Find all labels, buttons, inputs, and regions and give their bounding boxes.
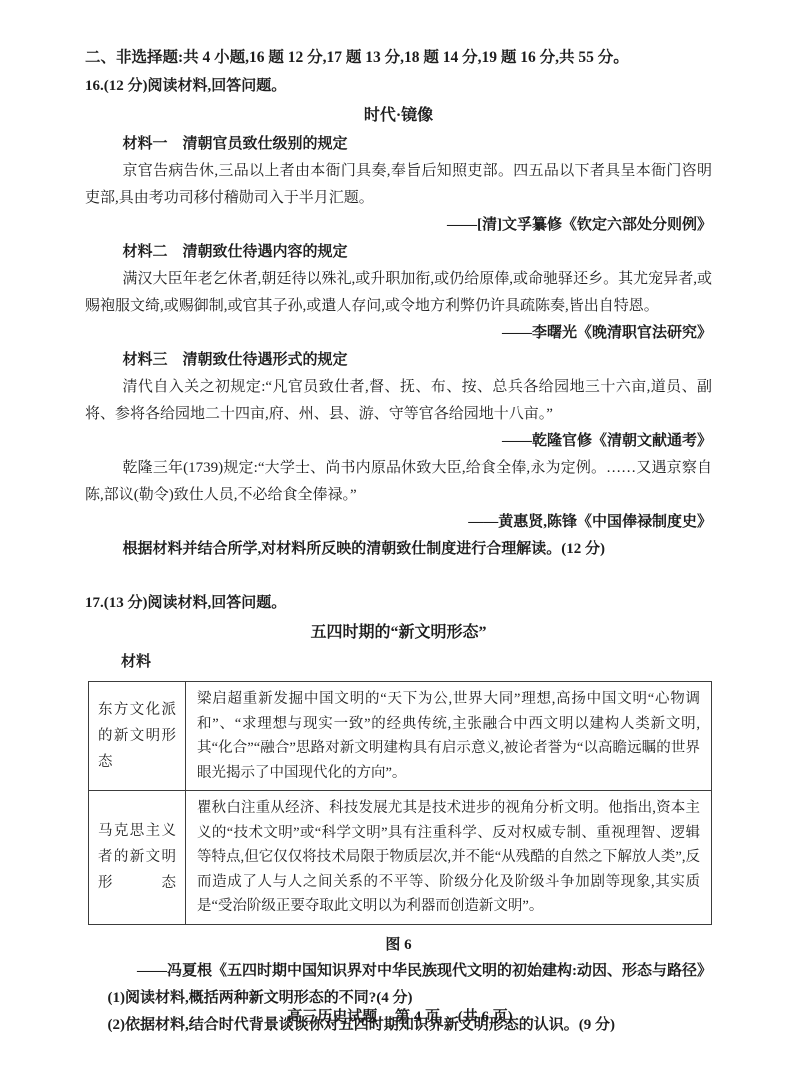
material-citation: ——黄惠贤,陈锋《中国俸禄制度史》 <box>85 509 712 536</box>
q16-title: 时代·镜像 <box>85 101 712 130</box>
material-paragraph: 清代自入关之初规定:“凡官员致仕者,督、抚、布、按、总兵各给园地三十六亩,道员、… <box>85 374 712 428</box>
material-citation: ——李曙光《晚清职官法研究》 <box>85 320 712 347</box>
section-header: 二、非选择题:共 4 小题,16 题 12 分,17 题 13 分,18 题 1… <box>85 44 712 72</box>
table-row: 马克思主义者的新文明形态 瞿秋白注重从经济、科技发展尤其是技术进步的视角分析文明… <box>89 791 712 925</box>
material-paragraph: 满汉大臣年老乞休者,朝廷待以殊礼,或升职加衔,或仍给原俸,或命驰驿还乡。其尤宠异… <box>85 266 712 320</box>
material-heading: 材料三 清朝致仕待遇形式的规定 <box>85 347 712 374</box>
q16-stem: 16.(12 分)阅读材料,回答问题。 <box>85 72 712 100</box>
table-row-label: 东方文化派的新文明形态 <box>89 682 186 791</box>
figure-caption: 图 6 <box>85 932 712 958</box>
q16-material-block: 乾隆三年(1739)规定:“大学士、尚书内原品休致大臣,给食全俸,永为定例。……… <box>85 455 712 536</box>
table-row-content: 瞿秋白注重从经济、科技发展尤其是技术进步的视角分析文明。他指出,资本主义的“技术… <box>186 791 712 925</box>
material-heading: 材料二 清朝致仕待遇内容的规定 <box>85 239 712 266</box>
page-content: 二、非选择题:共 4 小题,16 题 12 分,17 题 13 分,18 题 1… <box>0 0 800 1039</box>
footer-page-total: (共 6 页) <box>458 1009 513 1025</box>
exam-page: 二、非选择题:共 4 小题,16 题 12 分,17 题 13 分,18 题 1… <box>0 0 800 1082</box>
q17-stem: 17.(13 分)阅读材料,回答问题。 <box>85 589 712 617</box>
q17-table: 东方文化派的新文明形态 梁启超重新发掘中国文明的“天下为公,世界大同”理想,高扬… <box>88 681 712 925</box>
footer-exam-title: 高三历史试题 <box>287 1009 377 1025</box>
q16-material-block: 材料三 清朝致仕待遇形式的规定 清代自入关之初规定:“凡官员致仕者,督、抚、布、… <box>85 347 712 455</box>
table-row-label: 马克思主义者的新文明形态 <box>89 791 186 925</box>
material-citation: ——乾隆官修《清朝文献通考》 <box>85 428 712 455</box>
q16-material-block: 材料二 清朝致仕待遇内容的规定 满汉大臣年老乞休者,朝廷待以殊礼,或升职加衔,或… <box>85 239 712 347</box>
q17-title: 五四时期的“新文明形态” <box>85 618 712 647</box>
material-citation: ——[清]文孚纂修《钦定六部处分则例》 <box>85 212 712 239</box>
material-paragraph: 乾隆三年(1739)规定:“大学士、尚书内原品休致大臣,给食全俸,永为定例。……… <box>85 455 712 509</box>
material-heading: 材料一 清朝官员致仕级别的规定 <box>85 131 712 158</box>
q16-question: 根据材料并结合所学,对材料所反映的清朝致仕制度进行合理解读。(12 分) <box>85 536 712 563</box>
q16-material-block: 材料一 清朝官员致仕级别的规定 京官告病告休,三品以上者由本衙门具奏,奉旨后知照… <box>85 131 712 239</box>
page-footer: 高三历史试题 第 4 页 (共 6 页) <box>0 1005 800 1026</box>
q17-citation: ——冯夏根《五四时期中国知识界对中华民族现代文明的初始建构:动因、形态与路径》 <box>85 958 712 985</box>
material-paragraph: 京官告病告休,三品以上者由本衙门具奏,奉旨后知照吏部。四五品以下者具呈本衙门咨明… <box>85 158 712 212</box>
table-row-content: 梁启超重新发掘中国文明的“天下为公,世界大同”理想,高扬中国文明“心物调和”、“… <box>186 682 712 791</box>
footer-page-number: 第 4 页 <box>395 1009 440 1025</box>
table-row: 东方文化派的新文明形态 梁启超重新发掘中国文明的“天下为公,世界大同”理想,高扬… <box>89 682 712 791</box>
q17-material-label: 材料 <box>85 649 712 676</box>
